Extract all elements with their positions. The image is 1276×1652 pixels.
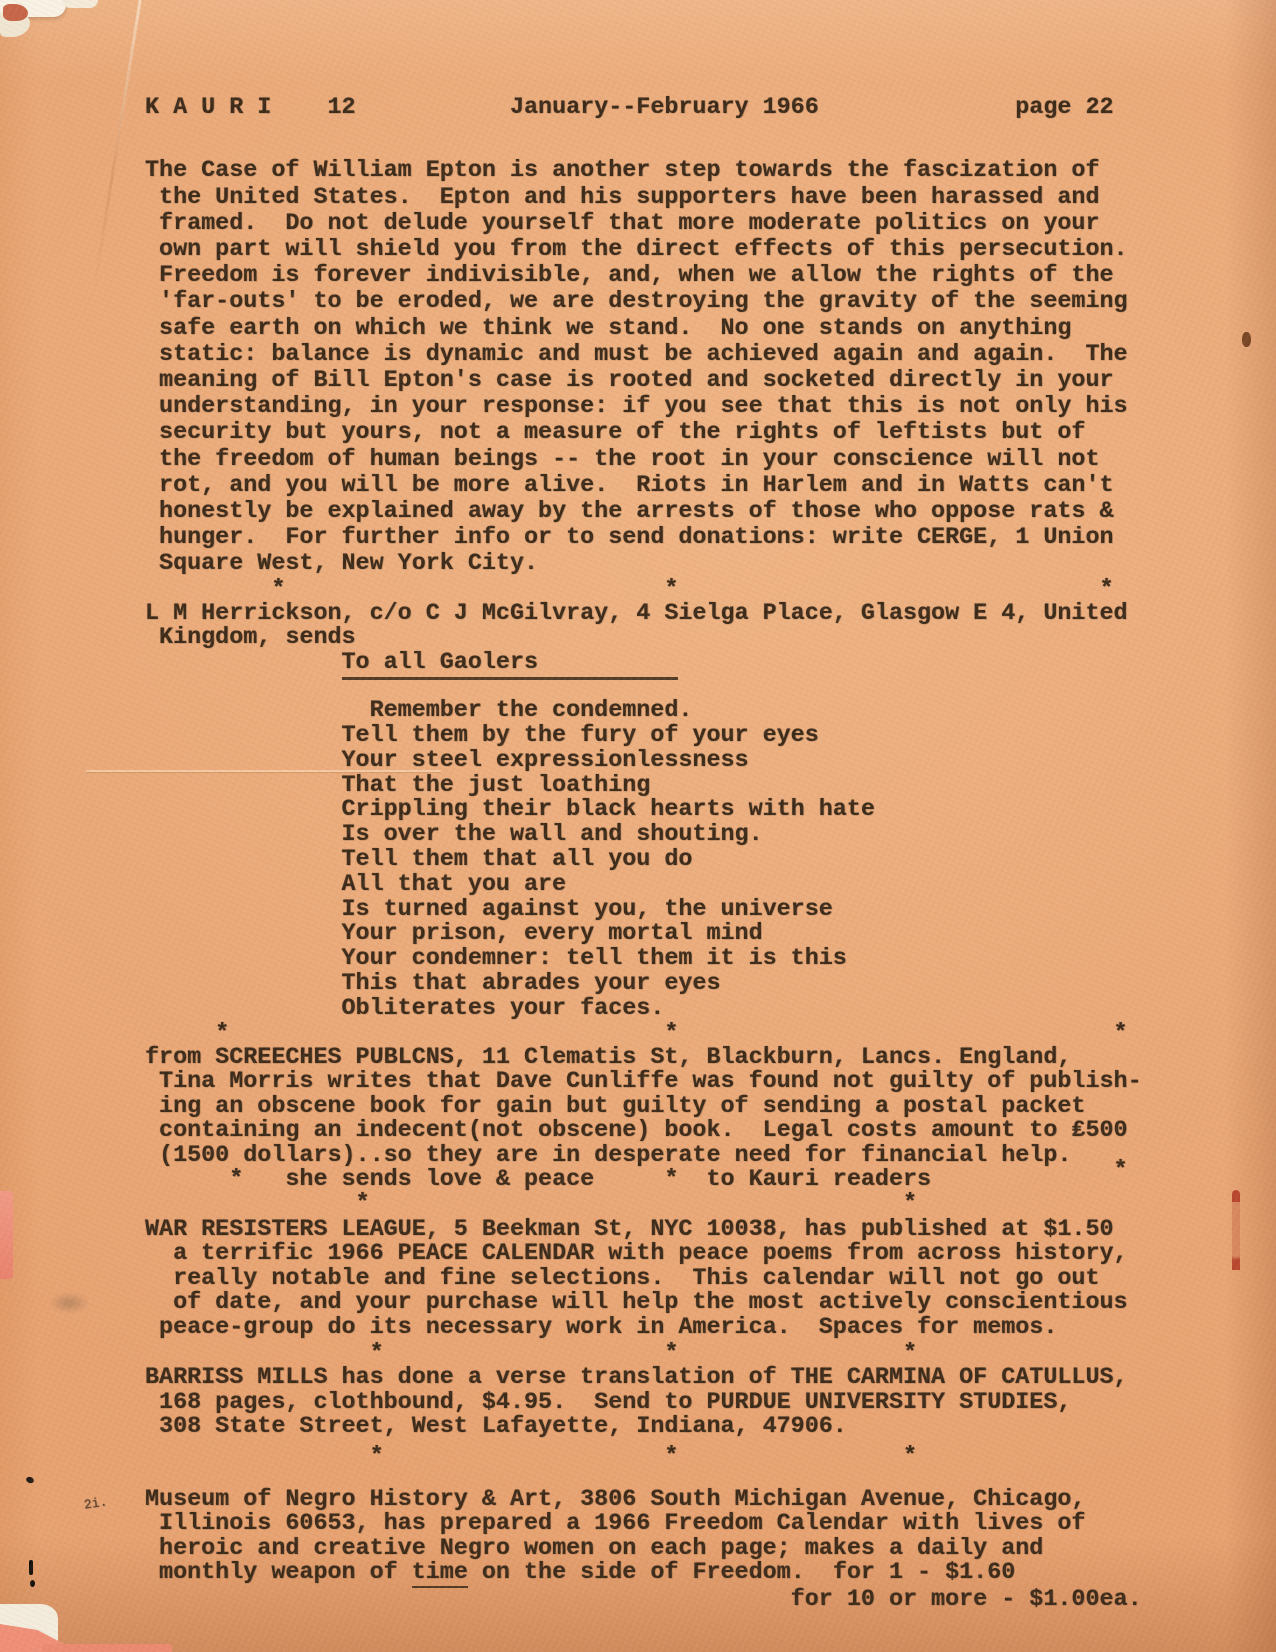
epton-paragraph: The Case of William Epton is another ste… bbox=[145, 158, 1276, 577]
pink-stain-left-edge bbox=[0, 1191, 13, 1279]
paper-tear-top-edge bbox=[62, 0, 98, 8]
asterisk-separator-2: * * * bbox=[145, 1022, 1276, 1046]
poem-to-all-gaolers: Remember the condemned. Tell them by the… bbox=[342, 699, 1276, 1021]
museum-line4-prefix: monthly weapon of bbox=[145, 1560, 412, 1586]
screeches-paragraph: from SCREECHES PUBLCNS, 11 Clematis St, … bbox=[145, 1046, 1276, 1168]
red-paper-patch-top-left bbox=[3, 4, 28, 21]
poem-title: To all Gaolers bbox=[342, 650, 679, 680]
asterisk-separator-3: * * bbox=[145, 1192, 1276, 1216]
ink-dash-mark-b bbox=[30, 1580, 35, 1587]
ink-dash-mark-a bbox=[29, 1560, 33, 1575]
museum-line4-suffix: on the side of Freedom. for 1 - $1.60 bbox=[468, 1560, 1015, 1586]
paper-tear-top-left bbox=[0, 0, 66, 17]
ink-dash-mark-c bbox=[33, 1617, 36, 1626]
love-and-peace-text: * she sends love & peace * to Kauri read… bbox=[145, 1167, 931, 1193]
asterisk-separator-1: * * * bbox=[145, 578, 1276, 602]
museum-bulk-price-line: for 10 or more - $1.00ea. bbox=[145, 1588, 1276, 1612]
ink-speck-bottom-left bbox=[25, 1476, 35, 1484]
raised-asterisk: * bbox=[1114, 1158, 1128, 1184]
museum-paragraph: Museum of Negro History & Art, 3806 Sout… bbox=[145, 1488, 1276, 1561]
underlined-word-time: time bbox=[412, 1560, 468, 1588]
herrickson-intro: L M Herrickson, c/o C J McGilvray, 4 Sie… bbox=[145, 602, 1276, 651]
paper-tear-top-left-lower bbox=[0, 13, 30, 37]
gray-smudge-bottom-left bbox=[40, 1288, 98, 1318]
paper-tear-bottom-left-pink bbox=[0, 1612, 68, 1652]
issue-date: January--February 1966 bbox=[510, 95, 819, 121]
page-number: page 22 bbox=[1015, 95, 1113, 121]
barriss-mills-paragraph: BARRISS MILLS has done a verse translati… bbox=[145, 1366, 1276, 1439]
pink-sliver-bottom-edge bbox=[42, 1644, 172, 1652]
zine-title: K A U R I 12 bbox=[145, 95, 356, 121]
paper-tear-bottom-left-white bbox=[0, 1604, 58, 1652]
pencil-scribble: 2i. bbox=[82, 1490, 109, 1517]
war-resisters-paragraph: WAR RESISTERS LEAGUE, 5 Beekman St, NYC … bbox=[145, 1218, 1276, 1340]
asterisk-separator-5: * * * bbox=[145, 1445, 1276, 1469]
love-and-peace-line: * she sends love & peace * to Kauri read… bbox=[145, 1168, 1276, 1192]
zine-scanned-page: K A U R I 12January--February 1966page 2… bbox=[0, 0, 1276, 1652]
museum-paragraph-line4: monthly weapon of time on the side of Fr… bbox=[145, 1561, 1276, 1585]
paper-crease-diagonal bbox=[92, 0, 143, 296]
asterisk-separator-4: * * * bbox=[145, 1342, 1276, 1366]
poem-title-line: To all Gaolers bbox=[342, 651, 1276, 675]
page-header: K A U R I 12January--February 1966page 2… bbox=[145, 96, 1276, 120]
